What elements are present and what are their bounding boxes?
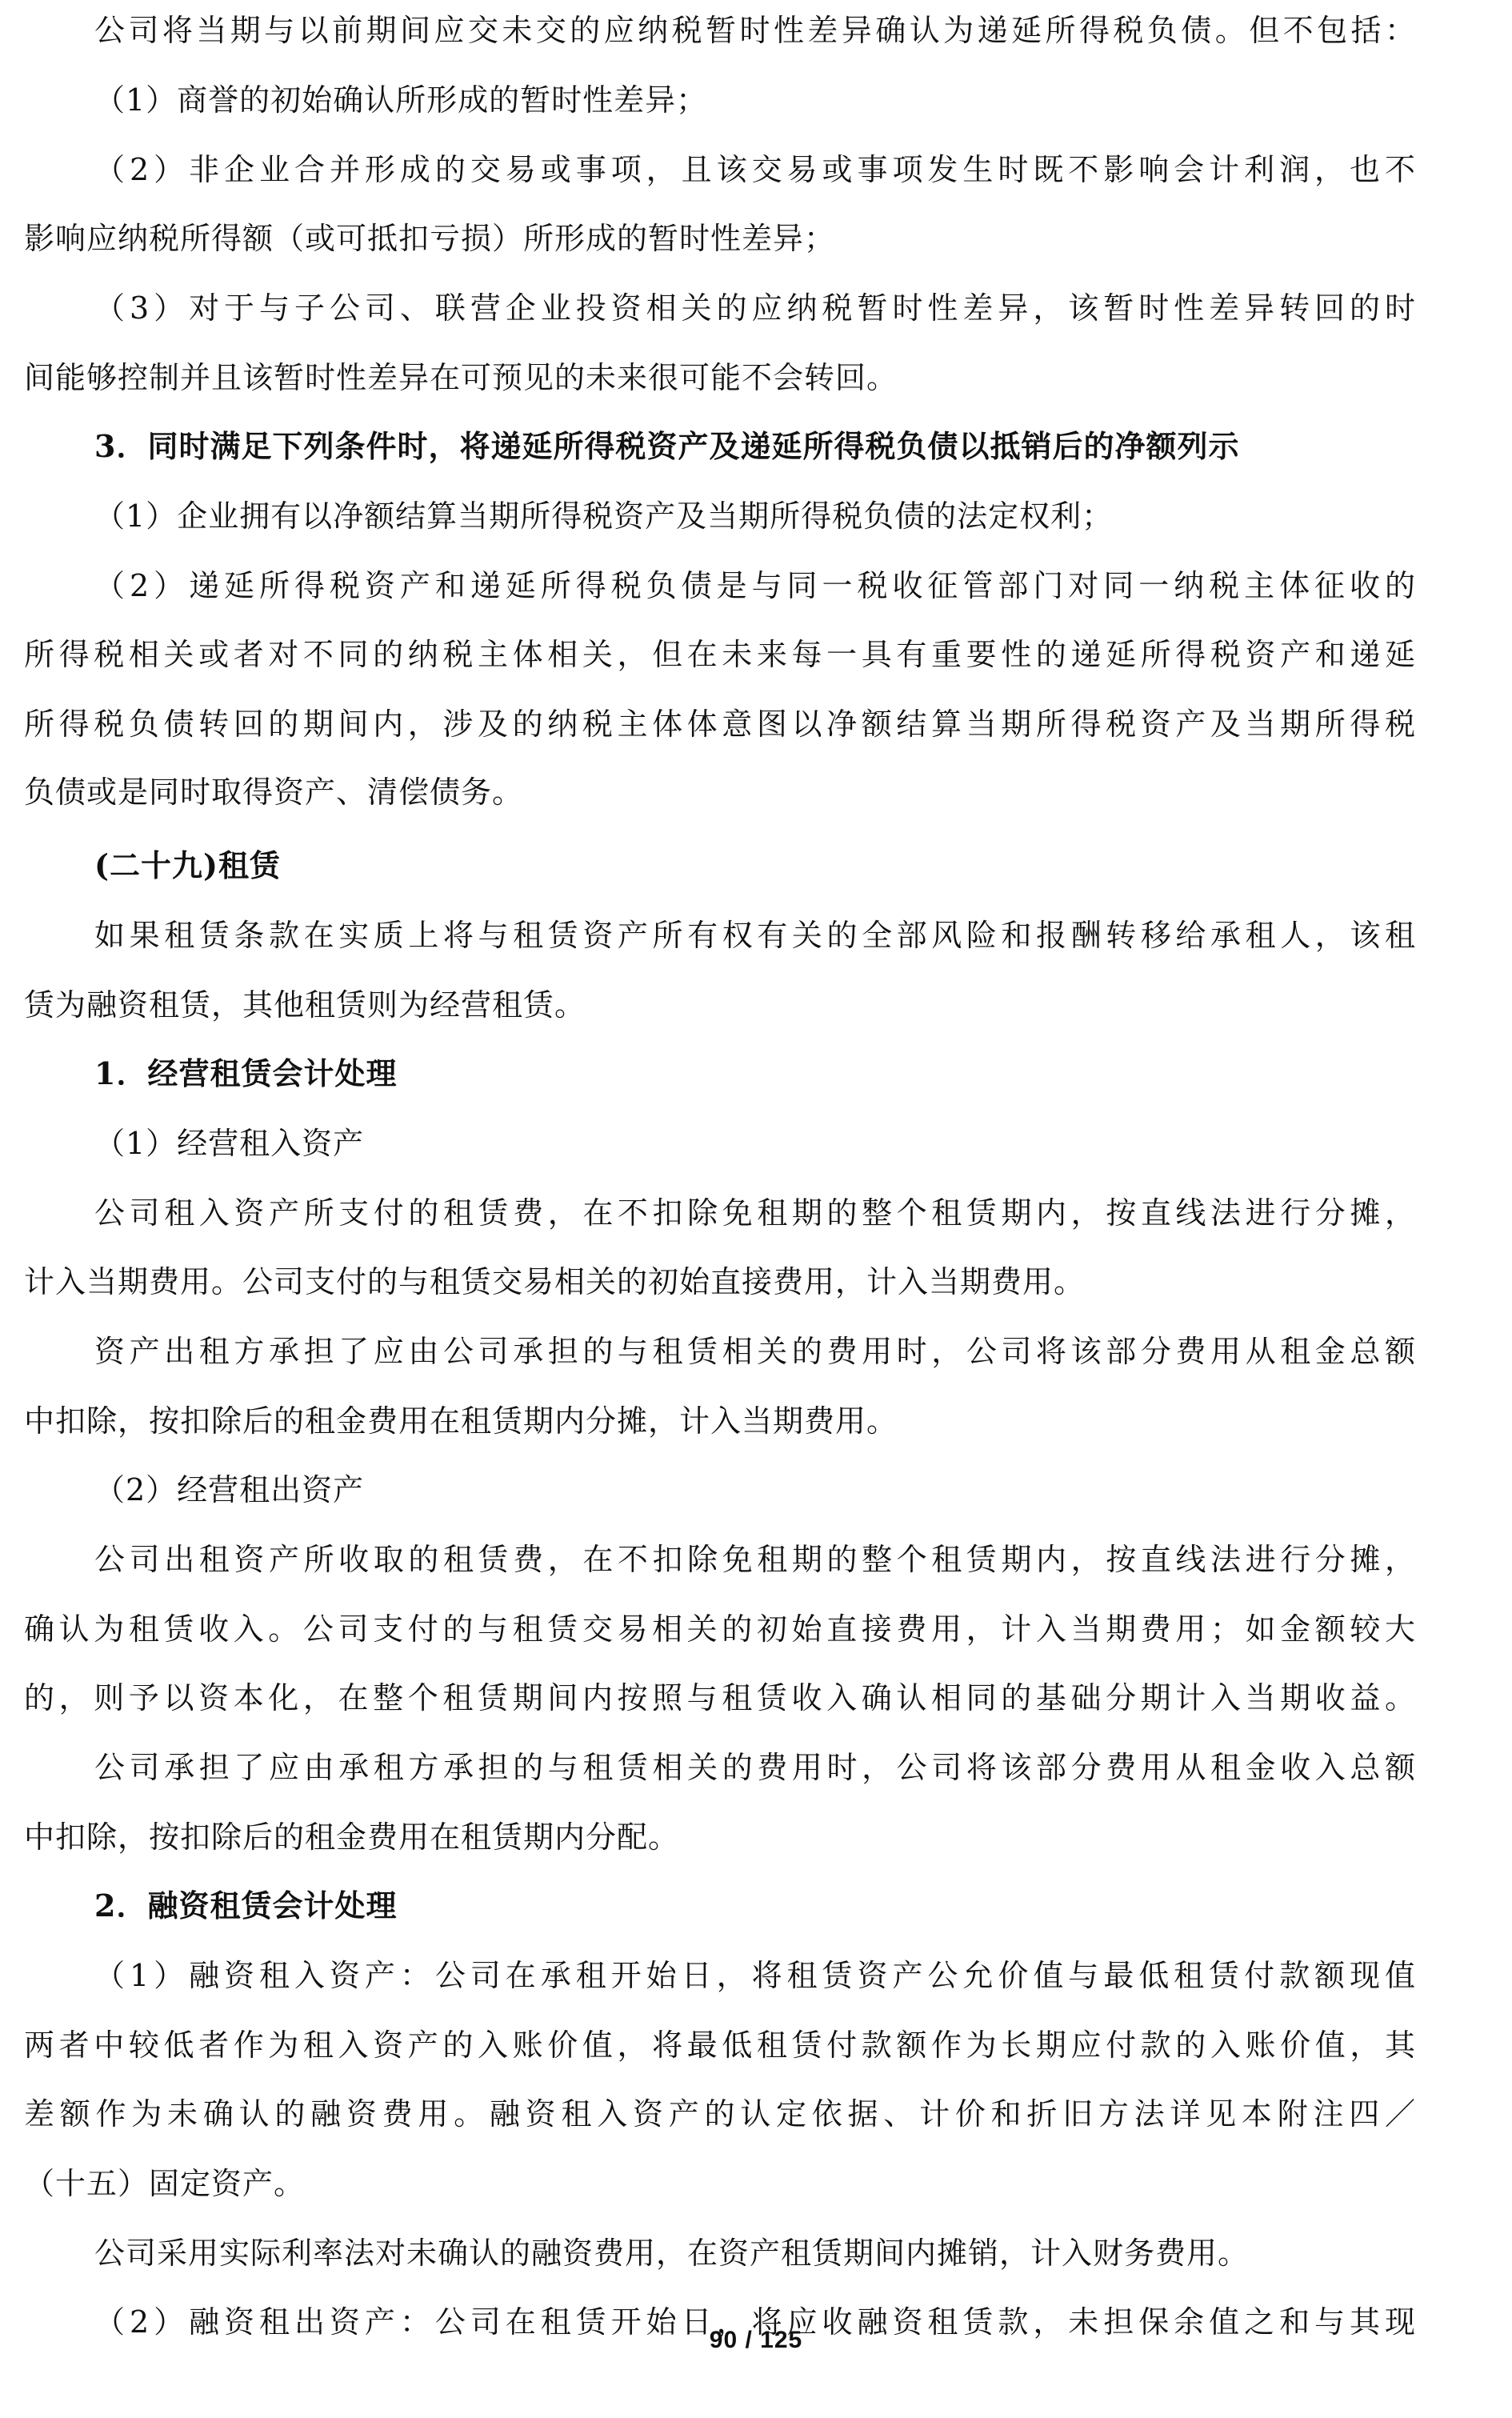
paragraph-line: 公司将当期与以前期间应交未交的应纳税暂时性差异确认为递延所得税负债。但不包括：	[94, 6, 1416, 54]
paragraph-line: （2）递延所得税资产和递延所得税负债是与同一税收征管部门对同一纳税主体征收的	[94, 562, 1416, 610]
paragraph-line: （1）融资租入资产：公司在承租开始日，将租赁资产公允价值与最低租赁付款额现值	[94, 1952, 1416, 2000]
paragraph-line: 所得税负债转回的期间内，涉及的纳税主体体意图以净额结算当期所得税资产及当期所得税	[24, 700, 1416, 748]
paragraph-line: 公司租入资产所支付的租赁费，在不扣除免租期的整个租赁期内，按直线法进行分摊，	[94, 1189, 1416, 1237]
document-page: 公司将当期与以前期间应交未交的应纳税暂时性差异确认为递延所得税负债。但不包括：（…	[0, 0, 1512, 2418]
paragraph-line: 差额作为未确认的融资费用。融资租入资产的认定依据、计价和折旧方法详见本附注四／	[24, 2090, 1416, 2138]
paragraph-line: 计入当期费用。公司支付的与租赁交易相关的初始直接费用，计入当期费用。	[24, 1258, 1416, 1306]
section-heading: 3．同时满足下列条件时，将递延所得税资产及递延所得税负债以抵销后的净额列示	[94, 422, 1512, 470]
paragraph-line: （1）商誉的初始确认所形成的暂时性差异；	[94, 76, 1512, 124]
paragraph-line: （2）经营租出资产	[94, 1466, 1512, 1514]
paragraph-line: 公司出租资产所收取的租赁费，在不扣除免租期的整个租赁期内，按直线法进行分摊，	[94, 1535, 1416, 1583]
paragraph-line: 中扣除，按扣除后的租金费用在租赁期内分配。	[24, 1813, 1416, 1861]
paragraph-line: （2）非企业合并形成的交易或事项，且该交易或事项发生时既不影响会计利润，也不	[94, 146, 1416, 194]
paragraph-line: 负债或是同时取得资产、清偿债务。	[24, 768, 1416, 816]
paragraph-line: 公司采用实际利率法对未确认的融资费用，在资产租赁期间内摊销，计入财务费用。	[94, 2229, 1512, 2277]
paragraph-line: （3）对于与子公司、联营企业投资相关的应纳税暂时性差异，该暂时性差异转回的时	[94, 284, 1416, 332]
paragraph-line: 如果租赁条款在实质上将与租赁资产所有权有关的全部风险和报酬转移给承租人，该租	[94, 911, 1416, 959]
paragraph-line: 确认为租赁收入。公司支付的与租赁交易相关的初始直接费用，计入当期费用；如金额较大	[24, 1605, 1416, 1653]
paragraph-line: 所得税相关或者对不同的纳税主体相关，但在未来每一具有重要性的递延所得税资产和递延	[24, 631, 1416, 679]
paragraph-line: 间能够控制并且该暂时性差异在可预见的未来很可能不会转回。	[24, 354, 1416, 402]
paragraph-line: 中扣除，按扣除后的租金费用在租赁期内分摊，计入当期费用。	[24, 1397, 1416, 1445]
paragraph-line: （1）经营租入资产	[94, 1119, 1512, 1167]
page-number: 90 / 125	[0, 2320, 1512, 2360]
paragraph-line: （十五）固定资产。	[24, 2160, 1416, 2208]
paragraph-line: 赁为融资租赁，其他租赁则为经营租赁。	[24, 981, 1416, 1029]
paragraph-line: 资产出租方承担了应由公司承担的与租赁相关的费用时，公司将该部分费用从租金总额	[94, 1327, 1416, 1375]
section-heading: 2．融资租赁会计处理	[94, 1882, 1512, 1930]
paragraph-line: 公司承担了应由承租方承担的与租赁相关的费用时，公司将该部分费用从租金收入总额	[94, 1743, 1416, 1791]
section-heading: (二十九)租赁	[94, 842, 1512, 890]
paragraph-line: 影响应纳税所得额（或可抵扣亏损）所形成的暂时性差异；	[24, 214, 1416, 262]
paragraph-line: 的，则予以资本化，在整个租赁期间内按照与租赁收入确认相同的基础分期计入当期收益。	[24, 1674, 1416, 1722]
paragraph-line: 两者中较低者作为租入资产的入账价值，将最低租赁付款额作为长期应付款的入账价值，其	[24, 2021, 1416, 2069]
section-heading: 1．经营租赁会计处理	[94, 1050, 1512, 1098]
paragraph-line: （1）企业拥有以净额结算当期所得税资产及当期所得税负债的法定权利；	[94, 492, 1512, 540]
